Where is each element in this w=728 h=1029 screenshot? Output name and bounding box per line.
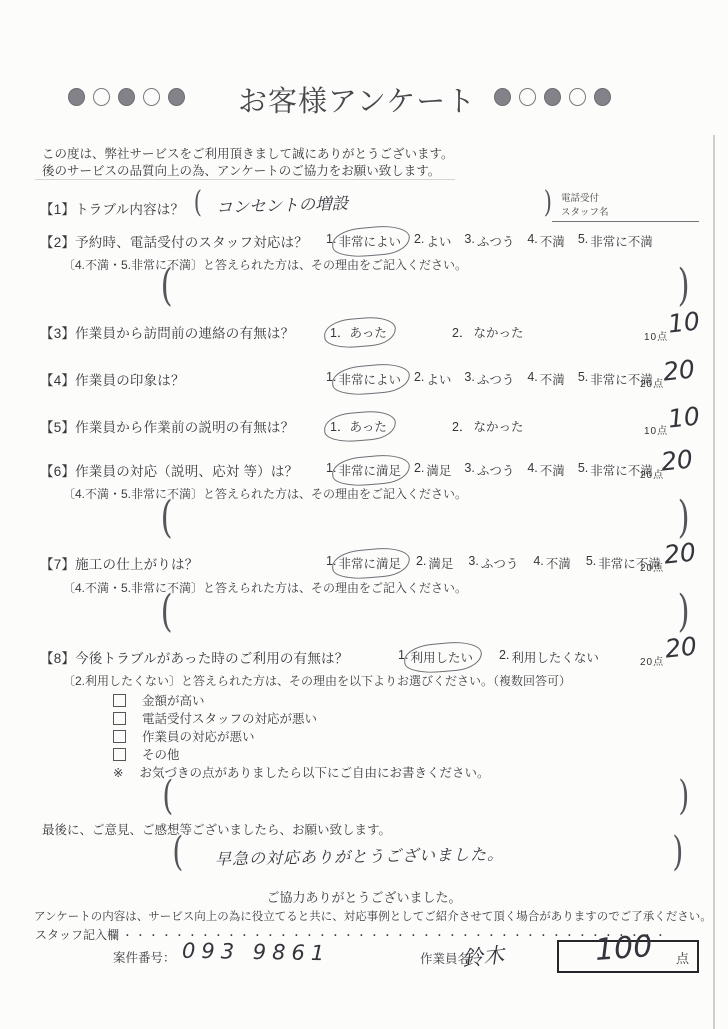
option-number: 1. — [326, 232, 336, 250]
question-5-label: 【5】作業員から作業前の説明の有無は？ — [40, 416, 294, 436]
filled-circle-icon — [68, 88, 85, 106]
q8-free-answer-area[interactable] — [160, 776, 692, 818]
option-text: よい — [426, 370, 451, 388]
case-number-label: 案件番号： — [113, 948, 176, 966]
option-number: 2． — [452, 323, 471, 341]
option-number: 2. — [414, 370, 424, 388]
staff-name-label: スタッフ名 — [561, 204, 609, 218]
option-text: なかった — [473, 323, 523, 341]
question-6-label: 【6】作業員の対応（説明、応対 等）は？ — [40, 460, 298, 480]
q8-score-label: 20点 — [640, 653, 664, 668]
decorative-circles-left — [68, 88, 185, 106]
option-text: あった — [349, 420, 386, 434]
checkbox-icon[interactable] — [113, 712, 126, 725]
q3-score-handwritten: 10 — [667, 306, 702, 338]
q2-option-4[interactable]: 4.不満 — [527, 232, 564, 250]
closing-thanks: ご協力ありがとうございました。 — [0, 887, 728, 906]
filled-circle-icon — [594, 88, 611, 106]
worker-name-handwritten: 鈴木 — [461, 939, 506, 973]
option-number: 3. — [468, 554, 478, 572]
q4-option-4[interactable]: 4.不満 — [527, 370, 564, 388]
q2-option-3[interactable]: 3.ふつう — [464, 232, 514, 250]
option-text: ふつう — [481, 554, 519, 572]
q2-option-5[interactable]: 5.非常に不満 — [578, 232, 653, 250]
q5-option-2[interactable]: 2．なかった — [452, 417, 523, 435]
selection-circle: 1．あった — [330, 417, 387, 435]
option-text: なかった — [473, 417, 523, 435]
intro-underline — [35, 179, 455, 180]
q8-checkbox-row-1: 金額が高い — [113, 691, 205, 709]
option-number: 2. — [416, 554, 426, 572]
option-number: 4. — [527, 461, 537, 479]
outline-circle-icon — [519, 88, 536, 106]
intro-line-2: 後のサービスの品質向上の為、アンケートのご協力をお願い致します。 — [42, 161, 440, 179]
option-wrap: 2．なかった — [452, 323, 523, 341]
q2-option-2[interactable]: 2.よい — [414, 232, 451, 250]
selection-circle: 非常に満足 — [338, 461, 401, 479]
q4-score-label: 20点 — [640, 375, 664, 390]
checkbox-icon[interactable] — [113, 748, 126, 761]
option-number: 4. — [533, 554, 543, 572]
q5-option-1[interactable]: 1．あった — [330, 417, 387, 435]
score-unit-label: 点 — [676, 948, 689, 967]
filled-circle-icon — [168, 88, 185, 106]
option-number: 1. — [398, 648, 408, 666]
option-number: 1. — [326, 370, 336, 388]
option-text: 非常に不満 — [590, 232, 653, 250]
q7-option-4[interactable]: 4.不満 — [533, 554, 570, 572]
outline-circle-icon — [569, 88, 586, 106]
q8-sub-prompt: 〔2.利用したくない〕と答えられた方は、その理由を以下よりお選びください。（複数… — [63, 672, 571, 689]
option-number: 2. — [414, 232, 424, 250]
q3-score-label: 10点 — [644, 328, 668, 343]
q4-option-3[interactable]: 3.ふつう — [464, 370, 514, 388]
q6-option-3[interactable]: 3.ふつう — [464, 461, 514, 479]
option-text: あった — [349, 326, 386, 340]
form-title: お客様アンケート — [238, 79, 476, 120]
staff-section-label: スタッフ記入欄 — [35, 928, 119, 942]
selection-circle: 1．あった — [330, 323, 387, 341]
selection-circle: 非常によい — [338, 370, 401, 388]
option-text: 不満 — [540, 232, 565, 250]
q8-checkbox-row-3: 作業員の対応が悪い — [113, 727, 255, 745]
q8-checkbox-row-2: 電話受付スタッフの対応が悪い — [113, 709, 317, 727]
option-number: 5. — [578, 461, 588, 479]
q2-reason-answer-area[interactable] — [158, 264, 692, 312]
q7-option-3[interactable]: 3.ふつう — [468, 554, 518, 572]
intro-line-1: この度は、弊社サービスをご利用頂きまして誠にありがとうございます。 — [42, 144, 454, 162]
checkbox-label[interactable]: 金額が高い — [142, 691, 205, 709]
q5-score-handwritten: 10 — [667, 401, 702, 433]
option-text: 不満 — [540, 370, 565, 388]
outline-circle-icon — [93, 88, 110, 106]
staff-name-underline — [552, 221, 699, 222]
q1-answer-area[interactable]: コンセントの増設 — [192, 188, 554, 222]
q6-reason-answer-area[interactable] — [158, 496, 692, 544]
q7-score-label: 20点 — [640, 559, 664, 574]
option-number: 4. — [527, 370, 537, 388]
selection-circle: 利用したい — [410, 648, 473, 666]
option-text: ふつう — [477, 370, 515, 388]
option-text: 満足 — [428, 554, 453, 572]
checkbox-label[interactable]: 電話受付スタッフの対応が悪い — [142, 709, 317, 727]
option-number: 3. — [464, 461, 474, 479]
scanned-survey-form: お客様アンケート この度は、弊社サービスをご利用頂きまして誠にありがとうございま… — [0, 0, 728, 1029]
case-number-handwritten: 093 9861 — [182, 939, 331, 966]
q2-option-1[interactable]: 1.非常によい — [326, 232, 401, 250]
q6-options: 1.非常に満足 2.満足 3.ふつう 4.不満 5.非常に不満 — [326, 461, 653, 479]
q8-option-1[interactable]: 1.利用したい — [398, 648, 473, 666]
q1-answer-handwritten: コンセントの増設 — [216, 190, 349, 219]
q4-option-2[interactable]: 2.よい — [414, 370, 451, 388]
total-score-box: 100 点 — [557, 940, 699, 973]
q8-checkbox-row-4: その他 — [113, 745, 180, 763]
q3-option-1[interactable]: 1．あった — [330, 323, 387, 341]
outline-circle-icon — [143, 88, 160, 106]
selection-circle: 非常によい — [338, 232, 401, 250]
option-number: 3. — [464, 370, 474, 388]
option-text: ふつう — [477, 232, 515, 250]
option-text: よい — [426, 232, 451, 250]
option-number: 1. — [326, 554, 336, 572]
q4-option-1[interactable]: 1.非常によい — [326, 370, 401, 388]
q2-options: 1.非常によい 2.よい 3.ふつう 4.不満 5.非常に不満 — [326, 232, 653, 250]
option-number: 2． — [452, 417, 471, 435]
phone-reception-label: 電話受付 — [561, 190, 599, 204]
q6-score-handwritten: 20 — [660, 444, 695, 476]
checkbox-icon[interactable] — [113, 694, 126, 707]
q8-options: 1.利用したい 2.利用したくない — [398, 648, 599, 666]
filled-circle-icon — [544, 88, 561, 106]
option-text: 不満 — [546, 554, 571, 572]
scan-edge-artifact — [713, 135, 715, 1029]
question-8-label: 【8】今後トラブルがあった時のご利用の有無は？ — [40, 647, 348, 667]
q3-option-2[interactable]: 2．なかった — [452, 323, 523, 341]
option-text: 満足 — [426, 461, 451, 479]
q7-option-1[interactable]: 1.非常に満足 — [326, 554, 401, 572]
option-text: 利用したくない — [511, 648, 599, 666]
question-3-label: 【3】作業員から訪問前の連絡の有無は？ — [40, 322, 294, 342]
option-wrap: 2．なかった — [452, 417, 523, 435]
option-number: 2. — [414, 461, 424, 479]
filled-circle-icon — [494, 88, 511, 106]
checkbox-label[interactable]: 作業員の対応が悪い — [142, 727, 255, 745]
comments-handwritten: 早急の対応ありがとうございました。 — [215, 841, 504, 869]
q7-options: 1.非常に満足 2.満足 3.ふつう 4.不満 5.非常に不満 — [326, 554, 661, 572]
option-number: 2. — [499, 648, 509, 666]
q4-score-handwritten: 20 — [662, 354, 697, 386]
option-number: 5. — [578, 232, 588, 250]
option-number: 1． — [330, 326, 349, 340]
comments-answer-area[interactable]: 早急の対応ありがとうございました。 — [170, 832, 686, 878]
q7-score-handwritten: 20 — [663, 537, 698, 569]
decorative-circles-right — [494, 88, 611, 106]
checkbox-label[interactable]: その他 — [142, 745, 180, 763]
question-4-label: 【4】作業員の印象は？ — [40, 369, 185, 389]
q7-option-2[interactable]: 2.満足 — [416, 554, 453, 572]
selection-circle: 非常に満足 — [338, 554, 401, 572]
q5-score-label: 10点 — [644, 422, 668, 437]
option-text: 不満 — [540, 461, 565, 479]
option-number: 5. — [586, 554, 596, 572]
q8-score-handwritten: 20 — [664, 631, 699, 663]
option-number: 1. — [326, 461, 336, 479]
q7-reason-answer-area[interactable] — [158, 590, 692, 638]
total-score-handwritten: 100 — [594, 929, 654, 968]
q6-option-4[interactable]: 4.不満 — [527, 461, 564, 479]
filled-circle-icon — [118, 88, 135, 106]
question-1-label: 【1】トラブル内容は？ — [40, 198, 184, 218]
q8-option-2[interactable]: 2.利用したくない — [499, 648, 599, 666]
checkbox-icon[interactable] — [113, 730, 126, 743]
question-7-label: 【7】施工の仕上がりは？ — [40, 553, 198, 573]
option-number: 3. — [464, 232, 474, 250]
closing-disclaimer: アンケートの内容は、サービス向上の為に役立てると共に、対応事例としてご紹介させて… — [34, 908, 712, 924]
q6-option-2[interactable]: 2.満足 — [414, 461, 451, 479]
question-2-label: 【2】予約時、電話受付のスタッフ対応は？ — [40, 231, 308, 251]
option-number: 4. — [527, 232, 537, 250]
option-number: 1． — [330, 420, 349, 434]
q6-option-1[interactable]: 1.非常に満足 — [326, 461, 401, 479]
option-number: 5. — [578, 370, 588, 388]
q4-options: 1.非常によい 2.よい 3.ふつう 4.不満 5.非常に不満 — [326, 370, 653, 388]
option-text: ふつう — [477, 461, 515, 479]
q6-score-label: 20点 — [640, 466, 664, 481]
reference-mark: ※ — [113, 765, 123, 780]
